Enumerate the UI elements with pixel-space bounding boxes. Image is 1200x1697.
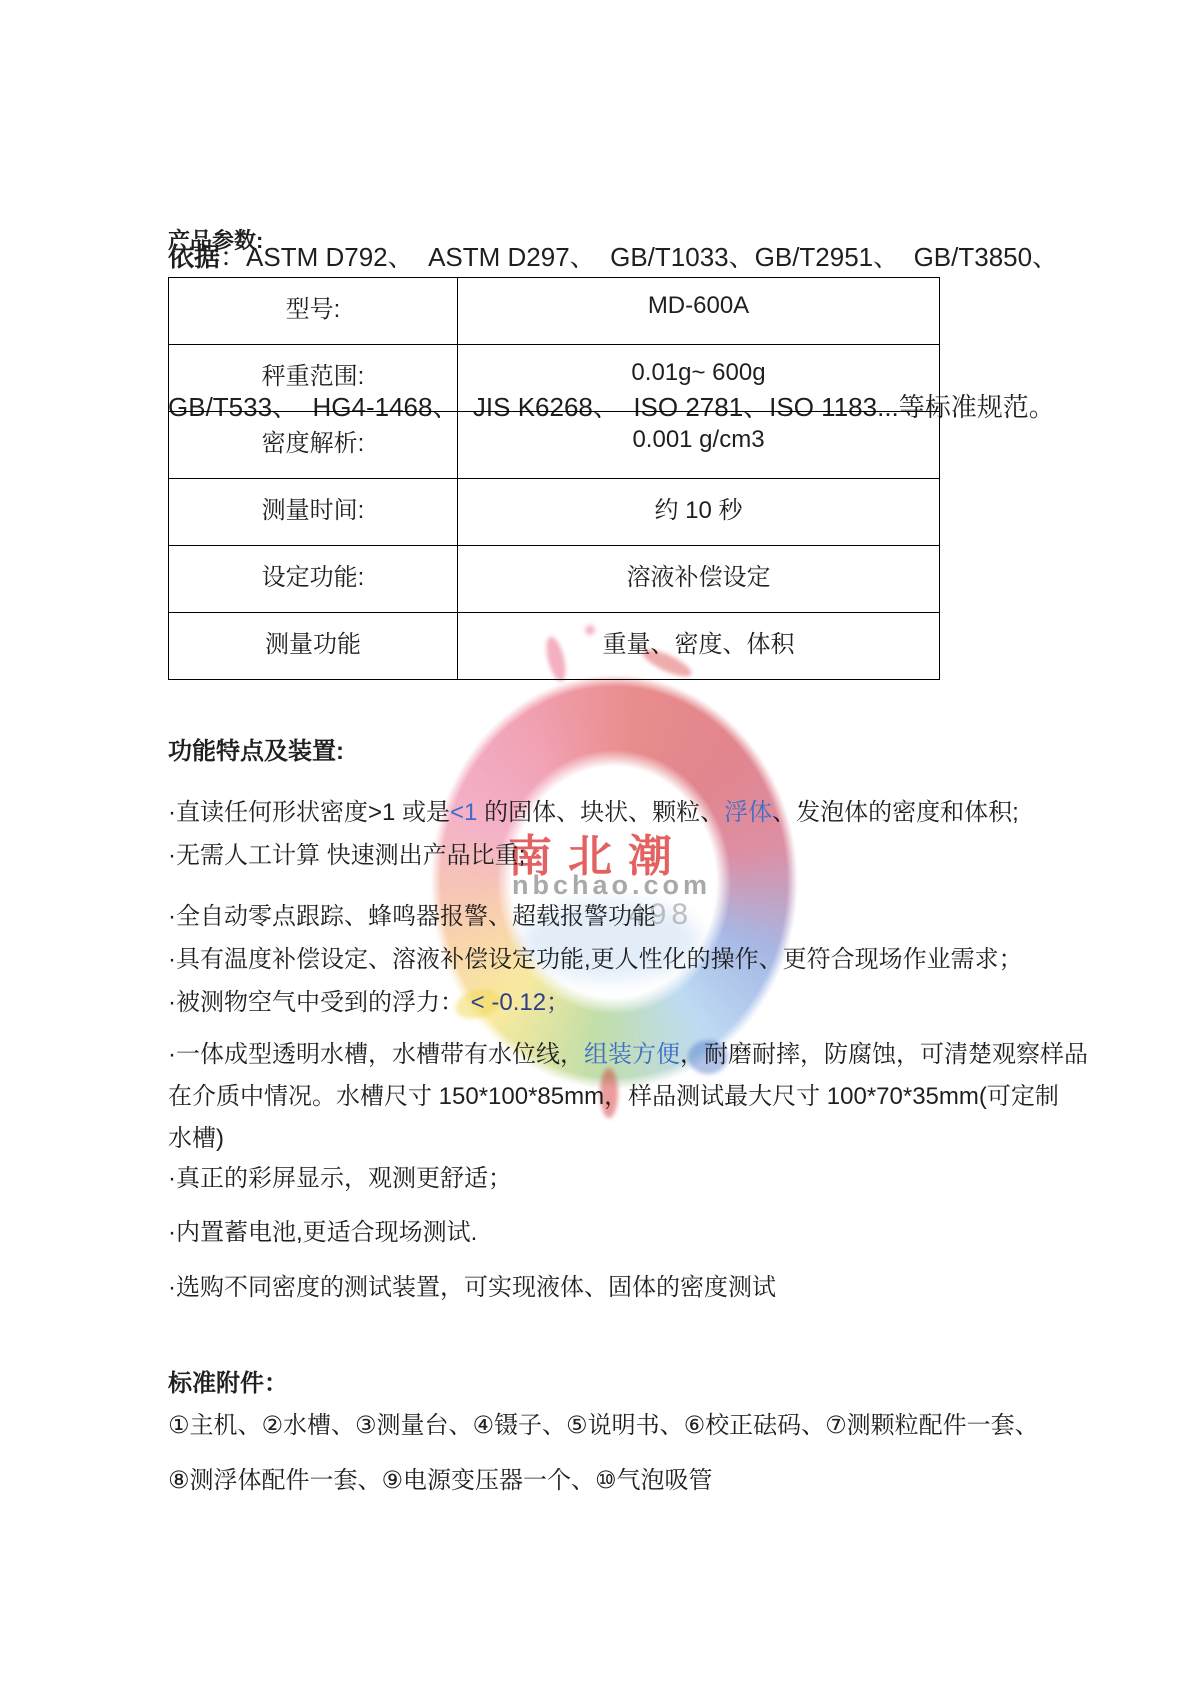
feature-line: ·全自动零点跟踪、蜂鸣器报警、超载报警功能 (168, 896, 656, 931)
text-segment: ：ASTM D792、 ASTM D297、 GB/T1033、GB/T2951… (220, 242, 1058, 272)
param-label: 型号: (169, 278, 458, 345)
highlighted-text: 浮体 (724, 799, 772, 826)
highlighted-text: 组装方便 (584, 1041, 680, 1068)
feature-line: ·选购不同密度的测试装置，可实现液体、固体的密度测试 (168, 1267, 776, 1302)
param-label: 测量时间: (169, 479, 458, 546)
text-segment: 、发泡体的密度和体积; (772, 799, 1019, 826)
table-row: 设定功能: 溶液补偿设定 (169, 546, 940, 613)
param-label: 测量功能 (169, 613, 458, 680)
section-heading-accessories: 标准附件： (168, 1363, 288, 1398)
section-heading-parameters: 产品参数: (168, 224, 263, 255)
text-segment: ·直读任何形状密度>1 或是 (168, 799, 450, 826)
feature-line: ·内置蓄电池,更适合现场测试. (168, 1212, 477, 1247)
section-heading-features: 功能特点及装置: (168, 731, 344, 766)
highlighted-text: < -0.12； (464, 989, 570, 1016)
accessories-line-2: ⑧测浮体配件一套、⑨电源变压器一个、⑩气泡吸管 (168, 1460, 713, 1495)
feature-line: ·被测物空气中受到的浮力： < -0.12； (168, 982, 570, 1017)
document-content: 依据：ASTM D792、 ASTM D297、 GB/T1033、GB/T29… (0, 0, 1200, 1697)
feature-line: ·一体成型透明水槽，水槽带有水位线，组装方便，耐磨耐摔，防腐蚀，可清楚观察样品 (168, 1034, 1088, 1069)
table-row: 密度解析: 0.001 g/cm3 (169, 412, 940, 479)
highlighted-text: <1 (450, 799, 477, 826)
param-value: 0.01g~ 600g (458, 345, 940, 412)
accessories-line-1: ①主机、②水槽、③测量台、④镊子、⑤说明书、⑥校正砝码、⑦测颗粒配件一套、 (168, 1405, 1039, 1440)
feature-line: ·无需人工计算 快速测出产品比重; (168, 835, 525, 870)
param-label: 密度解析: (169, 412, 458, 479)
param-label: 设定功能: (169, 546, 458, 613)
text-segment: ·被测物空气中受到的浮力： (168, 989, 464, 1016)
param-value: 重量、密度、体积 (458, 613, 940, 680)
table-row: 秤重范围: 0.01g~ 600g (169, 345, 940, 412)
param-label: 秤重范围: (169, 345, 458, 412)
feature-line: 在介质中情况。水槽尺寸 150*100*85mm，样品测试最大尺寸 100*70… (168, 1076, 1059, 1111)
param-value: 约 10 秒 (458, 479, 940, 546)
param-value: 溶液补偿设定 (458, 546, 940, 613)
feature-line: ·直读任何形状密度>1 或是<1 的固体、块状、颗粒、浮体、发泡体的密度和体积; (168, 792, 1019, 827)
table-row: 测量时间: 约 10 秒 (169, 479, 940, 546)
product-parameters-table: 型号: MD-600A 秤重范围: 0.01g~ 600g 密度解析: 0.00… (168, 277, 940, 680)
standards-line-1: 依据：ASTM D792、 ASTM D297、 GB/T1033、GB/T29… (168, 232, 1058, 282)
param-value: MD-600A (458, 278, 940, 345)
param-value: 0.001 g/cm3 (458, 412, 940, 479)
text-segment: ，耐磨耐摔，防腐蚀，可清楚观察样品 (680, 1041, 1088, 1068)
table-row: 测量功能 重量、密度、体积 (169, 613, 940, 680)
feature-line: 水槽) (168, 1118, 224, 1153)
text-segment: ·一体成型透明水槽，水槽带有水位线， (168, 1041, 584, 1068)
document-page: 南北潮 nbchao.com 498 依据：ASTM D792、 ASTM D2… (0, 0, 1200, 1697)
table-row: 型号: MD-600A (169, 278, 940, 345)
feature-line: ·真正的彩屏显示，观测更舒适； (168, 1158, 512, 1193)
feature-line: ·具有温度补偿设定、溶液补偿设定功能,更人性化的操作、更符合现场作业需求； (168, 939, 1023, 974)
text-segment: 的固体、块状、颗粒、 (477, 799, 724, 826)
